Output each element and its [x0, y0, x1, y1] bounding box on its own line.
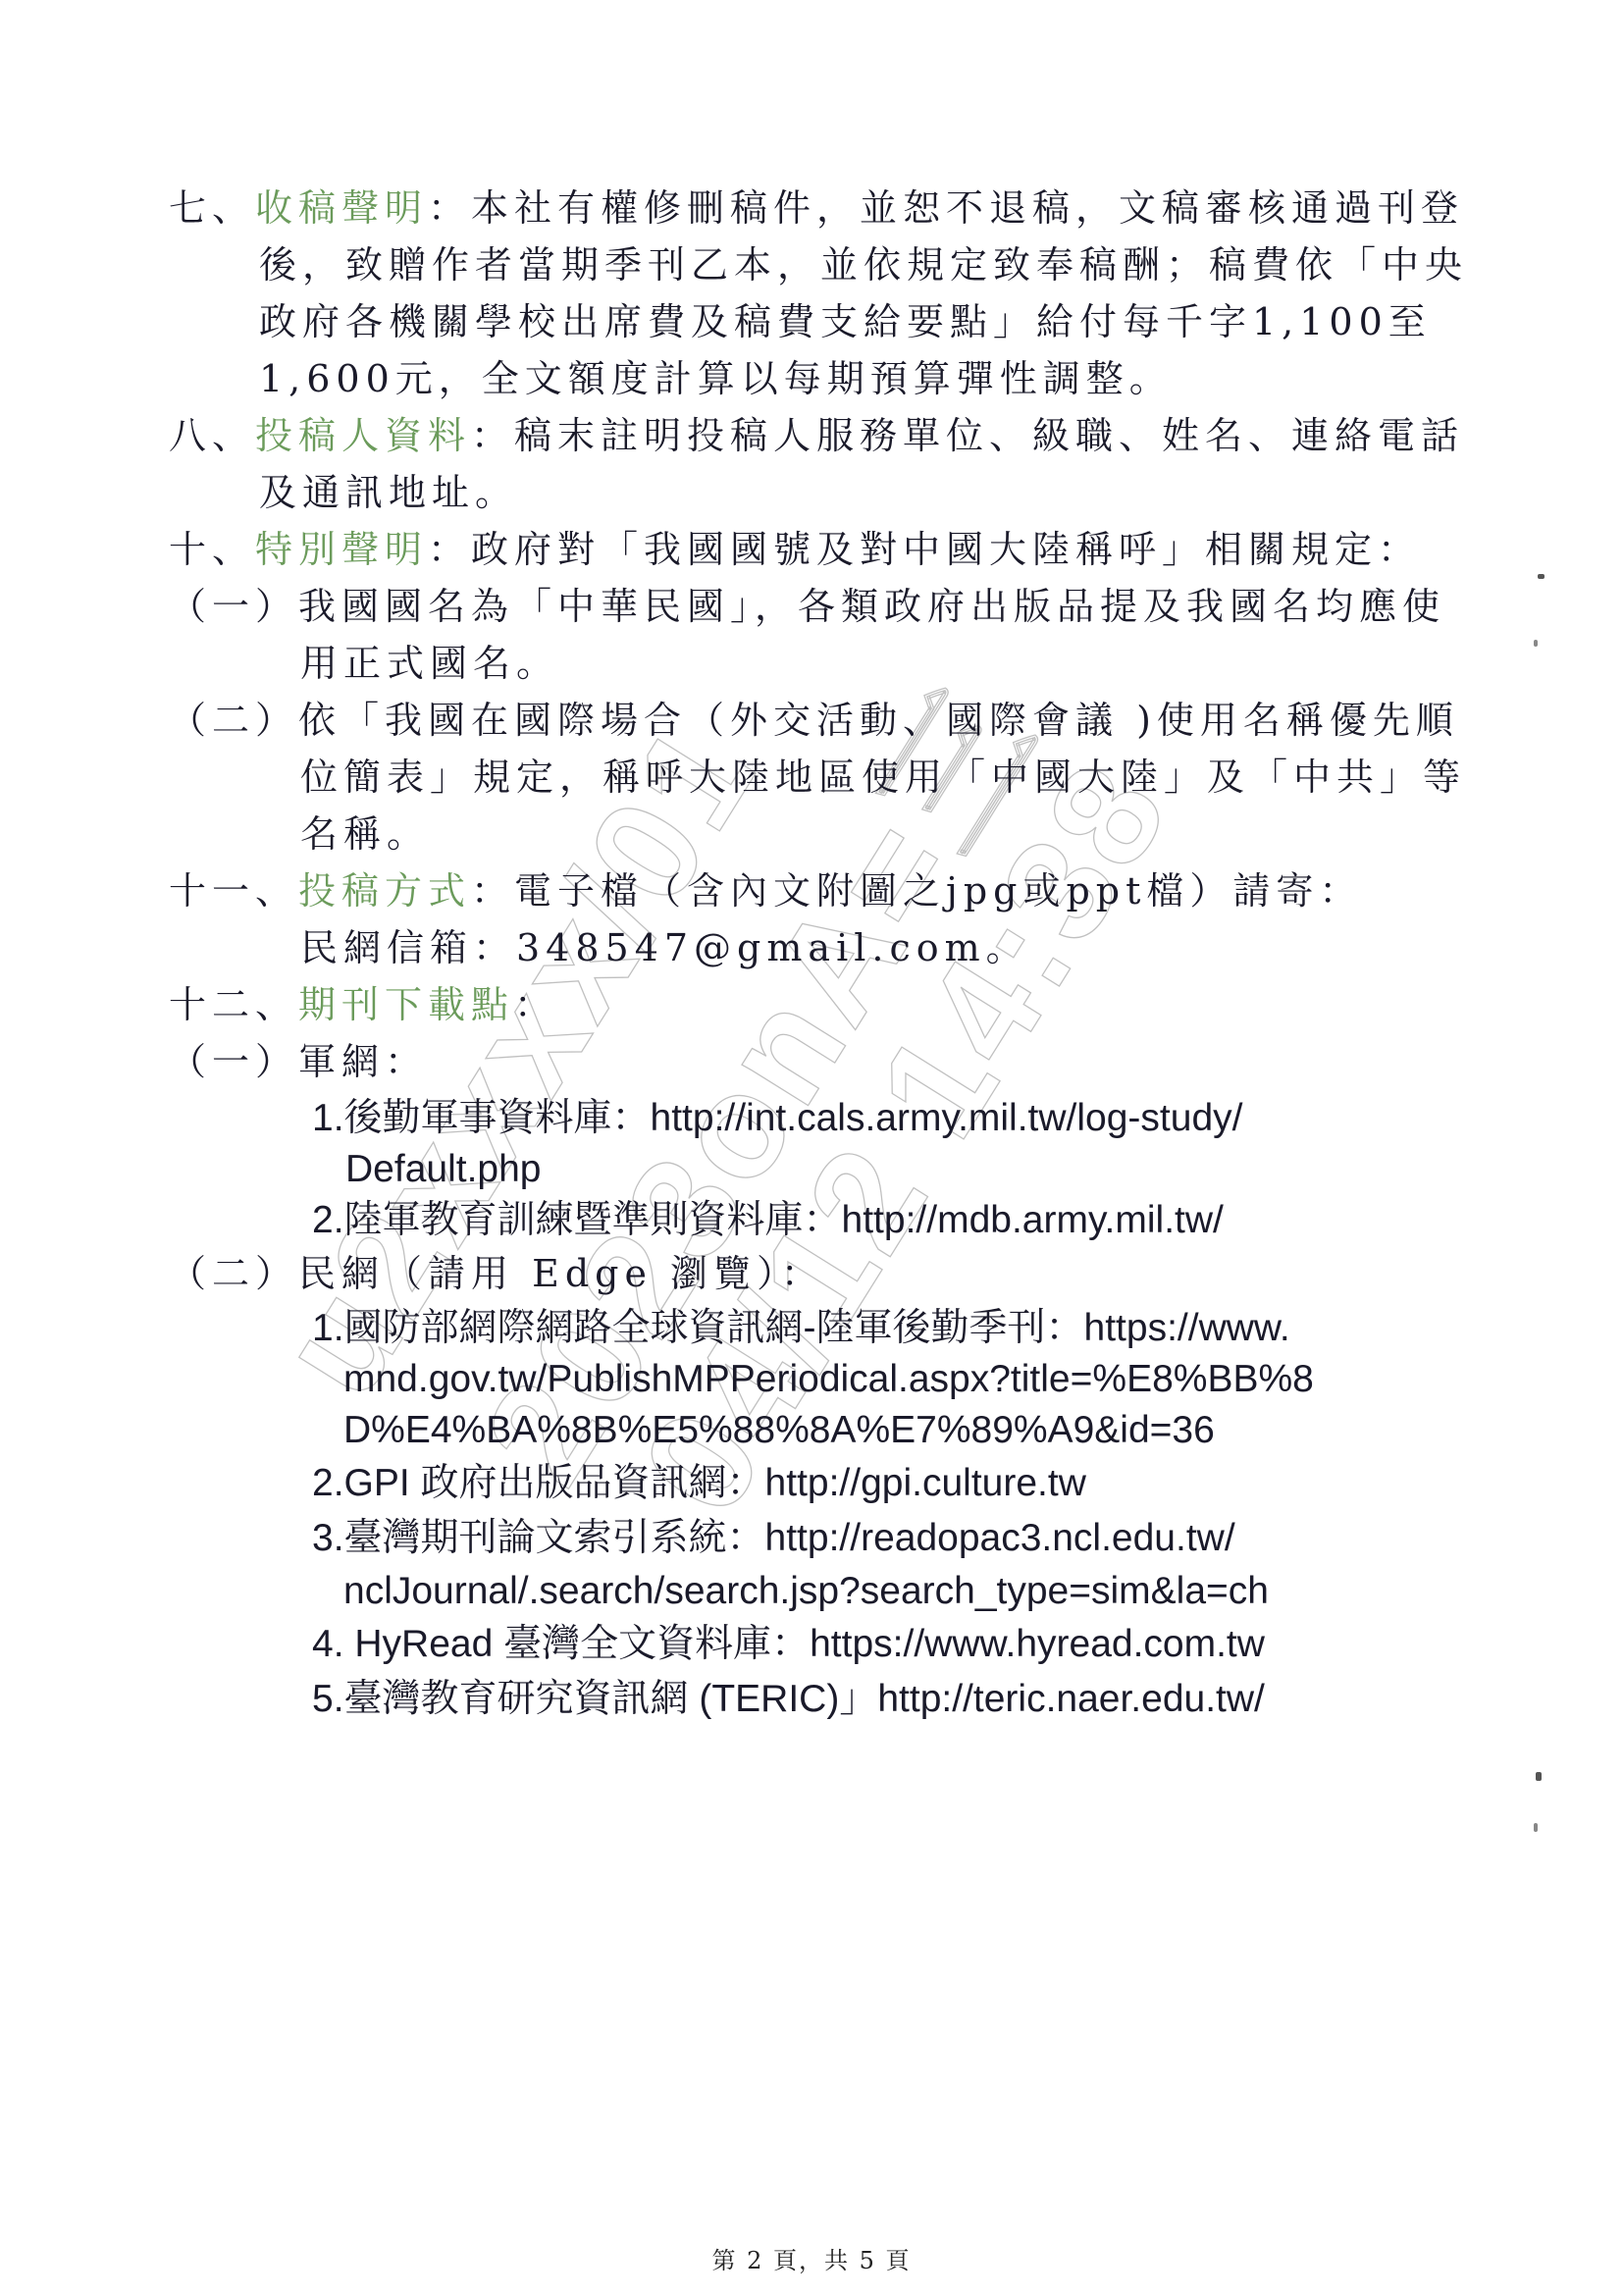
civil-link-1-line-2[interactable]: mnd.gov.tw/PublishMPPeriodical.aspx?titl… [343, 1352, 1314, 1407]
section-10-text: ：政府對「我國國號及對中國大陸稱呼」相關規定： [428, 528, 1421, 571]
document-page: u2xxxx/01 2023onA=三 04/12 14:38 七、收稿聲明：本… [0, 0, 1623, 2296]
section-7-line-1: 七、收稿聲明：本社有權修刪稿件，並恕不退稿，文稿審核通過刊登 [169, 181, 1464, 235]
section-8-line-1: 八、投稿人資料：稿末註明投稿人服務單位、級職、姓名、連絡電話 [169, 408, 1464, 463]
section-7-text: ：本社有權修刪稿件，並恕不退稿，文稿審核通過刊登 [428, 186, 1464, 230]
section-10-item-2-line-1: （二）依「我國在國際場合（外交活動、國際會議 )使用名稱優先順 [169, 693, 1459, 748]
civil-link-3-line-2[interactable]: nclJournal/.search/search.jsp?search_typ… [343, 1564, 1269, 1619]
section-7-heading: 收稿聲明 [255, 186, 428, 230]
page-footer: 第 2 頁，共 5 頁 [0, 2241, 1623, 2275]
section-7-line-4: 1,600元，全文額度計算以每期預算彈性調整。 [259, 351, 1173, 406]
section-11-email-line: 民網信箱：348547@gmail.com。 [300, 920, 1029, 975]
military-link-2[interactable]: 2.陸軍教育訓練暨準則資料庫：http://mdb.army.mil.tw/ [312, 1193, 1224, 1248]
section-8-line-2: 及通訊地址。 [259, 465, 518, 520]
scan-mark-4 [1534, 1823, 1538, 1832]
section-11-line-1: 十一、投稿方式：電子檔（含內文附圖之jpg或ppt檔）請寄： [169, 863, 1362, 918]
section-10-item-2-line-3: 名稱。 [300, 807, 430, 861]
section-7-line-3: 政府各機關學校出席費及稿費支給要點」給付每千字1,100至 [259, 294, 1432, 349]
section-8-heading: 投稿人資料 [255, 414, 471, 457]
civil-link-1-line-3[interactable]: D%E4%BA%8B%E5%88%8A%E7%89%A9&id=36 [343, 1403, 1215, 1458]
section-10-item-1-line-2: 用正式國名。 [300, 636, 559, 691]
section-7-number: 七、 [169, 186, 255, 230]
section-10-item-2-marker: （二） [169, 699, 298, 742]
scan-mark-3 [1536, 1772, 1542, 1781]
section-12-text: ： [514, 983, 557, 1026]
scan-mark-2 [1534, 640, 1538, 647]
section-11-heading: 投稿方式 [298, 869, 471, 913]
military-net-label: 軍網： [298, 1040, 428, 1083]
section-10-item-2-line-2: 位簡表」規定，稱呼大陸地區使用「中國大陸」及「中共」等 [300, 750, 1466, 805]
section-12-number: 十二、 [169, 983, 298, 1026]
civil-net-label: 民網（請用 Edge 瀏覽）： [298, 1252, 824, 1295]
section-10-heading: 特別聲明 [255, 528, 428, 571]
civil-link-4[interactable]: 4. HyRead 臺灣全文資料庫：https://www.hyread.com… [312, 1617, 1265, 1672]
section-11-text: ：電子檔（含內文附圖之jpg或ppt檔）請寄： [471, 869, 1362, 913]
civil-link-2[interactable]: 2.GPI 政府出版品資訊網：http://gpi.culture.tw [312, 1456, 1086, 1511]
section-12-line-1: 十二、期刊下載點： [169, 977, 557, 1032]
civil-net-marker: （二） [169, 1252, 298, 1295]
scan-mark-1 [1538, 574, 1544, 579]
military-net-marker: （一） [169, 1040, 298, 1083]
section-11-number: 十一、 [169, 869, 298, 913]
military-net-heading: （一）軍網： [169, 1034, 428, 1089]
civil-link-3-line-1[interactable]: 3.臺灣期刊論文索引系統：http://readopac3.ncl.edu.tw… [312, 1511, 1235, 1566]
section-10-number: 十、 [169, 528, 255, 571]
section-10-item-1-marker: （一） [169, 585, 298, 628]
section-12-heading: 期刊下載點 [298, 983, 514, 1026]
section-10-line-1: 十、特別聲明：政府對「我國國號及對中國大陸稱呼」相關規定： [169, 522, 1421, 577]
section-8-number: 八、 [169, 414, 255, 457]
military-link-1-line-2[interactable]: Default.php [345, 1142, 541, 1197]
civil-link-5[interactable]: 5.臺灣教育研究資訊網 (TERIC)」http://teric.naer.ed… [312, 1672, 1265, 1727]
civil-link-1-line-1[interactable]: 1.國防部網際網路全球資訊網-陸軍後勤季刊：https://www. [312, 1301, 1290, 1356]
section-10-item-1-text: 我國國名為「中華民國」，各類政府出版品提及我國名均應使 [298, 585, 1445, 628]
section-10-item-1-line-1: （一）我國國名為「中華民國」，各類政府出版品提及我國名均應使 [169, 579, 1445, 634]
section-8-text: ：稿末註明投稿人服務單位、級職、姓名、連絡電話 [471, 414, 1464, 457]
section-10-item-2-text: 依「我國在國際場合（外交活動、國際會議 )使用名稱優先順 [298, 699, 1459, 742]
civil-net-heading: （二）民網（請用 Edge 瀏覽）： [169, 1246, 824, 1301]
military-link-1-line-1[interactable]: 1.後勤軍事資料庫：http://int.cals.army.mil.tw/lo… [312, 1091, 1242, 1146]
section-7-line-2: 後，致贈作者當期季刊乙本，並依規定致奉稿酬；稿費依「中央 [259, 237, 1468, 292]
